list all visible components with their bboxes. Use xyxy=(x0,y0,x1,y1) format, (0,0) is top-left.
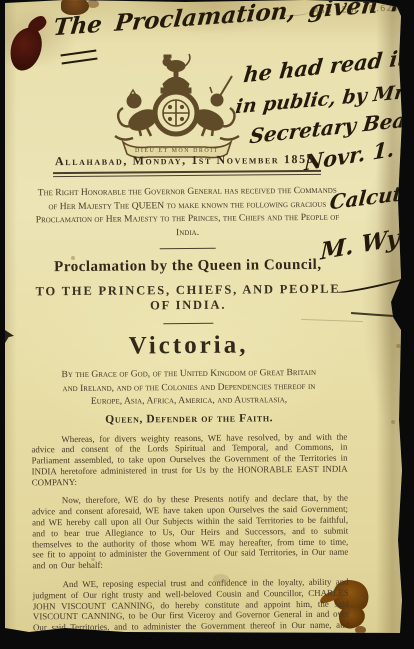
paper-crease-line xyxy=(351,312,407,318)
proclamation-subtitle: TO THE PRINCES, CHIEFS, AND PEOPLE OF IN… xyxy=(30,282,346,315)
proclamation-title: Proclamation by the Queen in Council, xyxy=(30,257,346,277)
fox-spot xyxy=(396,344,401,348)
royal-styles: By the Grace of God, of the United Kingd… xyxy=(31,366,347,409)
divider-rule xyxy=(160,248,216,249)
royal-styles-line3: Europe, Asia, Africa, America, and Austr… xyxy=(31,393,347,409)
proclamation-paragraph-2: Now, therefore, WE do by these Presents … xyxy=(32,493,349,571)
monarch-name: Victoria, xyxy=(30,331,346,362)
handwritten-double-underline xyxy=(60,50,97,65)
document-page: MSS Eur D.620 The Proclamation, given me… xyxy=(5,0,404,633)
royal-coat-of-arms: DIEU ET MON DROIT xyxy=(101,46,253,160)
stain-bottom-right-speck xyxy=(355,626,366,634)
crest-lion-icon xyxy=(163,54,190,72)
queen-defender-line: Queen, Defender of the Faith. xyxy=(31,411,347,426)
lion-supporter-icon xyxy=(115,90,160,140)
double-rule xyxy=(53,170,321,177)
stain-top-edge-small xyxy=(87,0,99,8)
governor-general-notice: The Right Honorable the Governor General… xyxy=(33,184,341,241)
printed-proclamation: Allahabad, Monday, 1st November 1858. Th… xyxy=(29,152,349,645)
proclamation-paragraph-1: Whereas, for divers weighty reasons, WE … xyxy=(31,431,347,488)
paper-edge-tear-mark xyxy=(5,330,14,343)
divider-rule xyxy=(163,323,213,324)
ink-stain-top-left-tail xyxy=(25,14,49,36)
royal-styles-line2: and Ireland, and of the Colonies and Dep… xyxy=(31,379,347,395)
fox-spot xyxy=(391,420,395,424)
ink-stain-top-left xyxy=(7,24,45,73)
handwritten-annotation-line2: he had read it xyxy=(242,45,408,88)
handwritten-annotation-line1: The Proclamation, given me, after xyxy=(52,0,414,41)
proclamation-paragraph-3: And WE, reposing especial trust and conf… xyxy=(33,577,350,645)
garter-shield-icon xyxy=(155,92,197,134)
dateline: Allahabad, Monday, 1st November 1858. xyxy=(29,152,345,170)
fox-spot xyxy=(393,300,397,304)
photo-background: MSS Eur D.620 The Proclamation, given me… xyxy=(0,0,414,649)
